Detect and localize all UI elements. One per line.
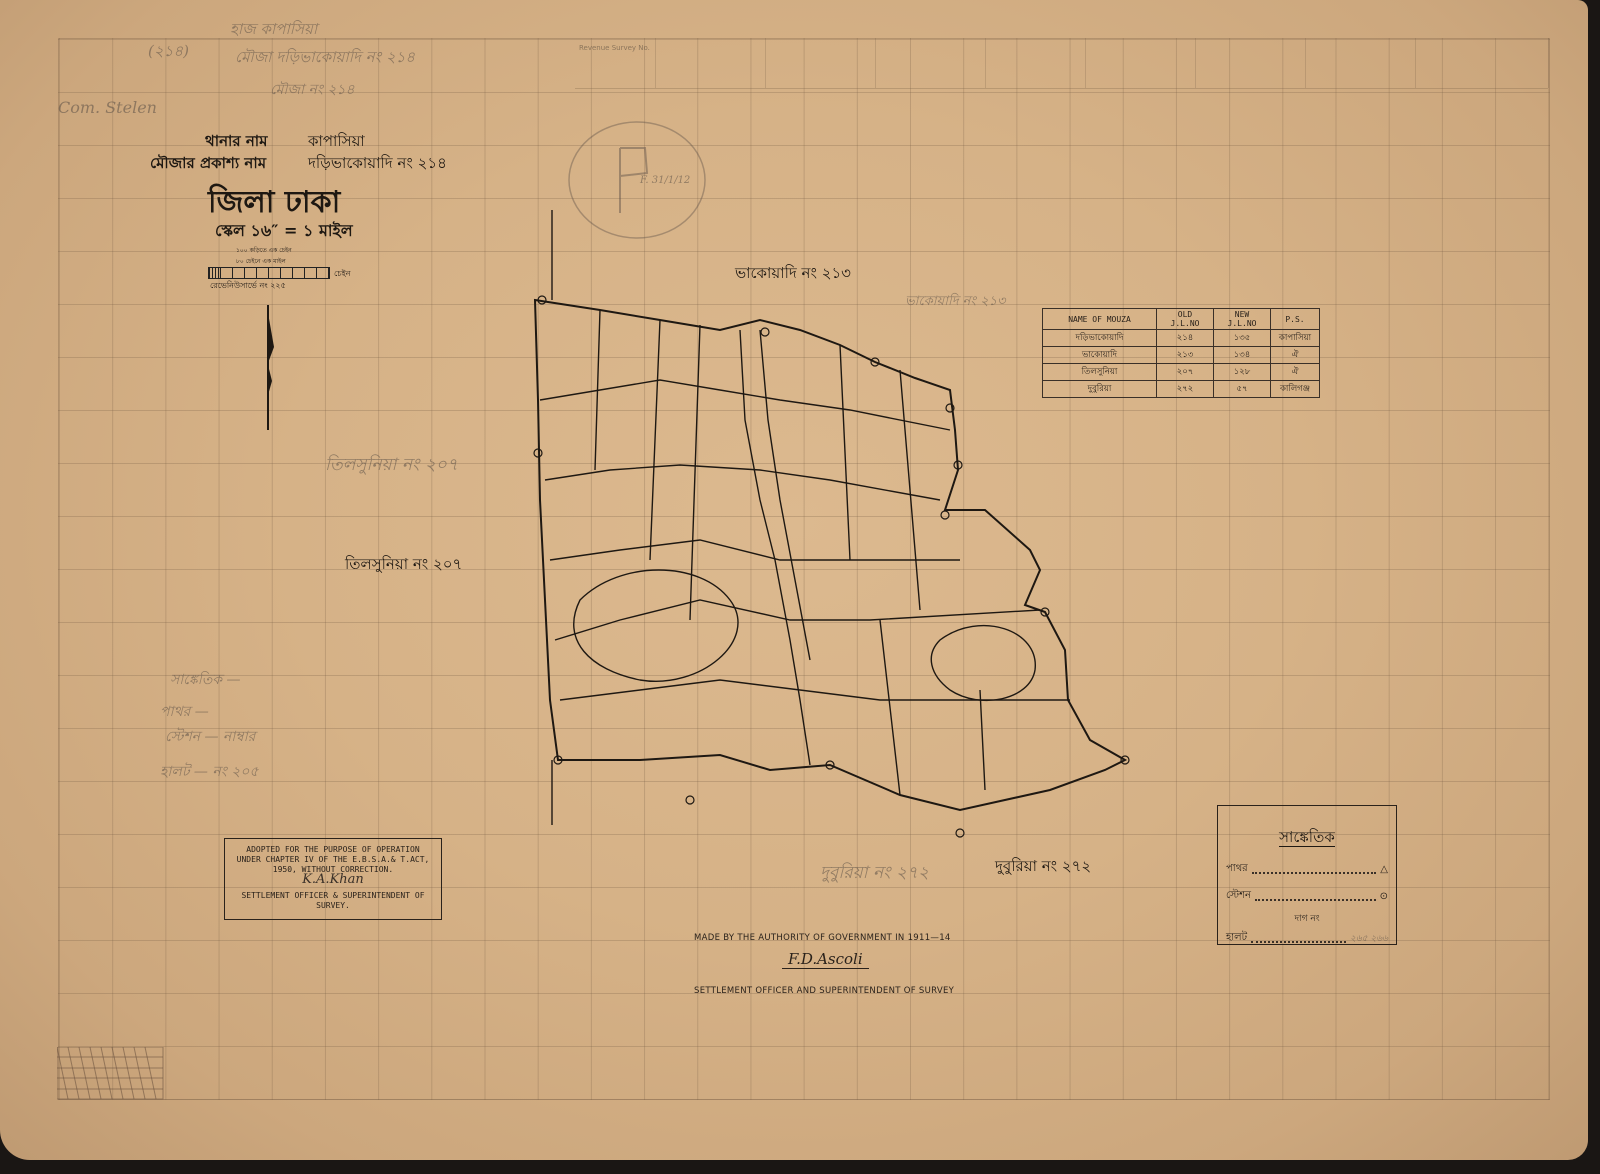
legend-title: সাঙ্কেতিক: [1279, 828, 1335, 847]
cell-ps: কাপাসিয়া: [1271, 330, 1320, 347]
cell-name: দড়িভাকোয়াদি: [1043, 330, 1157, 347]
scale-note-2: ৮০ চেইনে এক মাইল: [208, 256, 343, 267]
cell-ps: ঐ: [1271, 347, 1320, 364]
circle-icon: ⊙: [1380, 891, 1388, 902]
cell-new: ৫৭: [1214, 381, 1271, 398]
cell-new: ১৩৪: [1214, 347, 1271, 364]
scale-bar: [208, 267, 330, 279]
legend-label: হালট: [1226, 930, 1247, 947]
north-arrow-icon: [258, 305, 278, 430]
scale-note-1: ১০০ কড়িতে এক চেইন: [208, 245, 343, 256]
table-row: দুবুরিয়া ২৭২ ৫৭ কালিগঞ্জ: [1043, 381, 1320, 398]
table-row: তিলসুনিয়া ২০৭ ১২৮ ঐ: [1043, 364, 1320, 381]
handwritten-note-4: হালট — নং ২০৫: [160, 760, 259, 784]
register-header: Revenue Survey No.: [575, 38, 655, 58]
cell-old: ২১৪: [1157, 330, 1214, 347]
stamp-line-5: SURVEY.: [225, 901, 441, 911]
handwritten-note-top2: মৌজা দড়িভাকোয়াদি নং ২১৪: [235, 46, 415, 71]
col-name-of-mouza: NAME OF MOUZA: [1043, 309, 1157, 330]
scale-text: স্কেল ১৬″ = ১ মাইল: [215, 218, 353, 245]
mouza-value: দড়িভাকোয়াদি নং ২১৪: [308, 152, 447, 177]
cell-old: ২০৭: [1157, 364, 1214, 381]
scale-end-label: চেইন: [334, 268, 351, 281]
col-old-jl: OLD J.L.NO: [1157, 309, 1214, 330]
triangle-icon: △: [1380, 864, 1388, 875]
stamp-initials: F. 31/1/12: [640, 175, 690, 186]
legend-item-stone: পাথর △: [1226, 861, 1388, 878]
cell-old: ২১৩: [1157, 347, 1214, 364]
handwritten-note-1: সাঙ্কেতিক —: [170, 668, 240, 692]
cadastral-map: [500, 200, 1140, 840]
handwritten-note-2: পাথর —: [160, 700, 209, 724]
cell-name: ভাকোয়াদি: [1043, 347, 1157, 364]
adoption-stamp: ADOPTED FOR THE PURPOSE OF OPERATION UND…: [224, 838, 442, 920]
cell-new: ১২৮: [1214, 364, 1271, 381]
cell-ps: ঐ: [1271, 364, 1320, 381]
mouza-label: মৌজার প্রকাশ্য নাম: [150, 152, 266, 177]
cell-name: তিলসুনিয়া: [1043, 364, 1157, 381]
cell-ps: কালিগঞ্জ: [1271, 381, 1320, 398]
stamp-line-1: ADOPTED FOR THE PURPOSE OF OPERATION: [225, 845, 441, 855]
legend-box: সাঙ্কেতিক পাথর △ স্টেশন ⊙ দাগ নং হালট ২৬…: [1217, 805, 1397, 945]
legend-item-station: স্টেশন ⊙: [1226, 888, 1388, 905]
col-new-jl: NEW J.L.NO: [1214, 309, 1271, 330]
legend-label: স্টেশন: [1226, 888, 1251, 905]
boundary-south: দুবুরিয়া নং ২৭২: [995, 855, 1091, 880]
cell-new: ১৩৫: [1214, 330, 1271, 347]
stamp-signature: K.A.Khan: [225, 875, 441, 891]
top-register: Revenue Survey No.: [575, 38, 1548, 89]
handwritten-note-top1: হাজ কাপাসিয়া: [230, 18, 317, 43]
table-row: দড়িভাকোয়াদি ২১৪ ১৩৫ কাপাসিয়া: [1043, 330, 1320, 347]
authority-signature: F.D.Ascoli: [782, 950, 869, 969]
legend-label: পাথর: [1226, 861, 1248, 878]
handwritten-margin: Com. Stelen: [58, 98, 157, 117]
map-sheet: Revenue Survey No. হাজ কাপাসিয়া (২১৪) ম…: [0, 0, 1588, 1160]
cell-name: দুবুরিয়া: [1043, 381, 1157, 398]
boundary-west: তিলসুনিয়া নং ২০৭: [345, 553, 462, 578]
authority-text: MADE BY THE AUTHORITY OF GOVERNMENT IN 1…: [694, 933, 951, 943]
stamp-line-4: SETTLEMENT OFFICER & SUPERINTENDENT OF: [225, 891, 441, 901]
legend-item-halot: হালট ২৬৫ ২৬৬: [1226, 930, 1388, 947]
survey-ref: রেভেনিউসার্ভে নং ২২৫: [210, 280, 286, 293]
legend-value: ২৬৫ ২৬৬: [1350, 931, 1388, 946]
authority-title: SETTLEMENT OFFICER AND SUPERINTENDENT OF…: [694, 986, 954, 996]
diagonal-scale: [57, 1047, 167, 1102]
handwritten-code: (২১৪): [148, 40, 189, 65]
pencil-west: তিলসুনিয়া নং ২০৭: [325, 452, 458, 480]
register-col-survey: Revenue Survey No.: [575, 38, 656, 88]
stamp-line-2: UNDER CHAPTER IV OF THE E.B.S.A.& T.ACT,: [225, 855, 441, 865]
cell-old: ২৭২: [1157, 381, 1214, 398]
scale-bar-group: ১০০ কড়িতে এক চেইন ৮০ চেইনে এক মাইল: [208, 245, 343, 279]
table-row: ভাকোয়াদি ২১৩ ১৩৪ ঐ: [1043, 347, 1320, 364]
mouza-table: NAME OF MOUZA OLD J.L.NO NEW J.L.NO P.S.…: [1042, 308, 1320, 398]
legend-plot-no: দাগ নং: [1226, 911, 1388, 926]
handwritten-note-3: স্টেশন — নাম্বার: [165, 725, 255, 749]
col-ps: P.S.: [1271, 309, 1320, 330]
handwritten-note-top3: মৌজা নং ২১৪: [270, 78, 355, 102]
pencil-south: দুবুরিয়া নং ২৭২: [820, 860, 929, 888]
